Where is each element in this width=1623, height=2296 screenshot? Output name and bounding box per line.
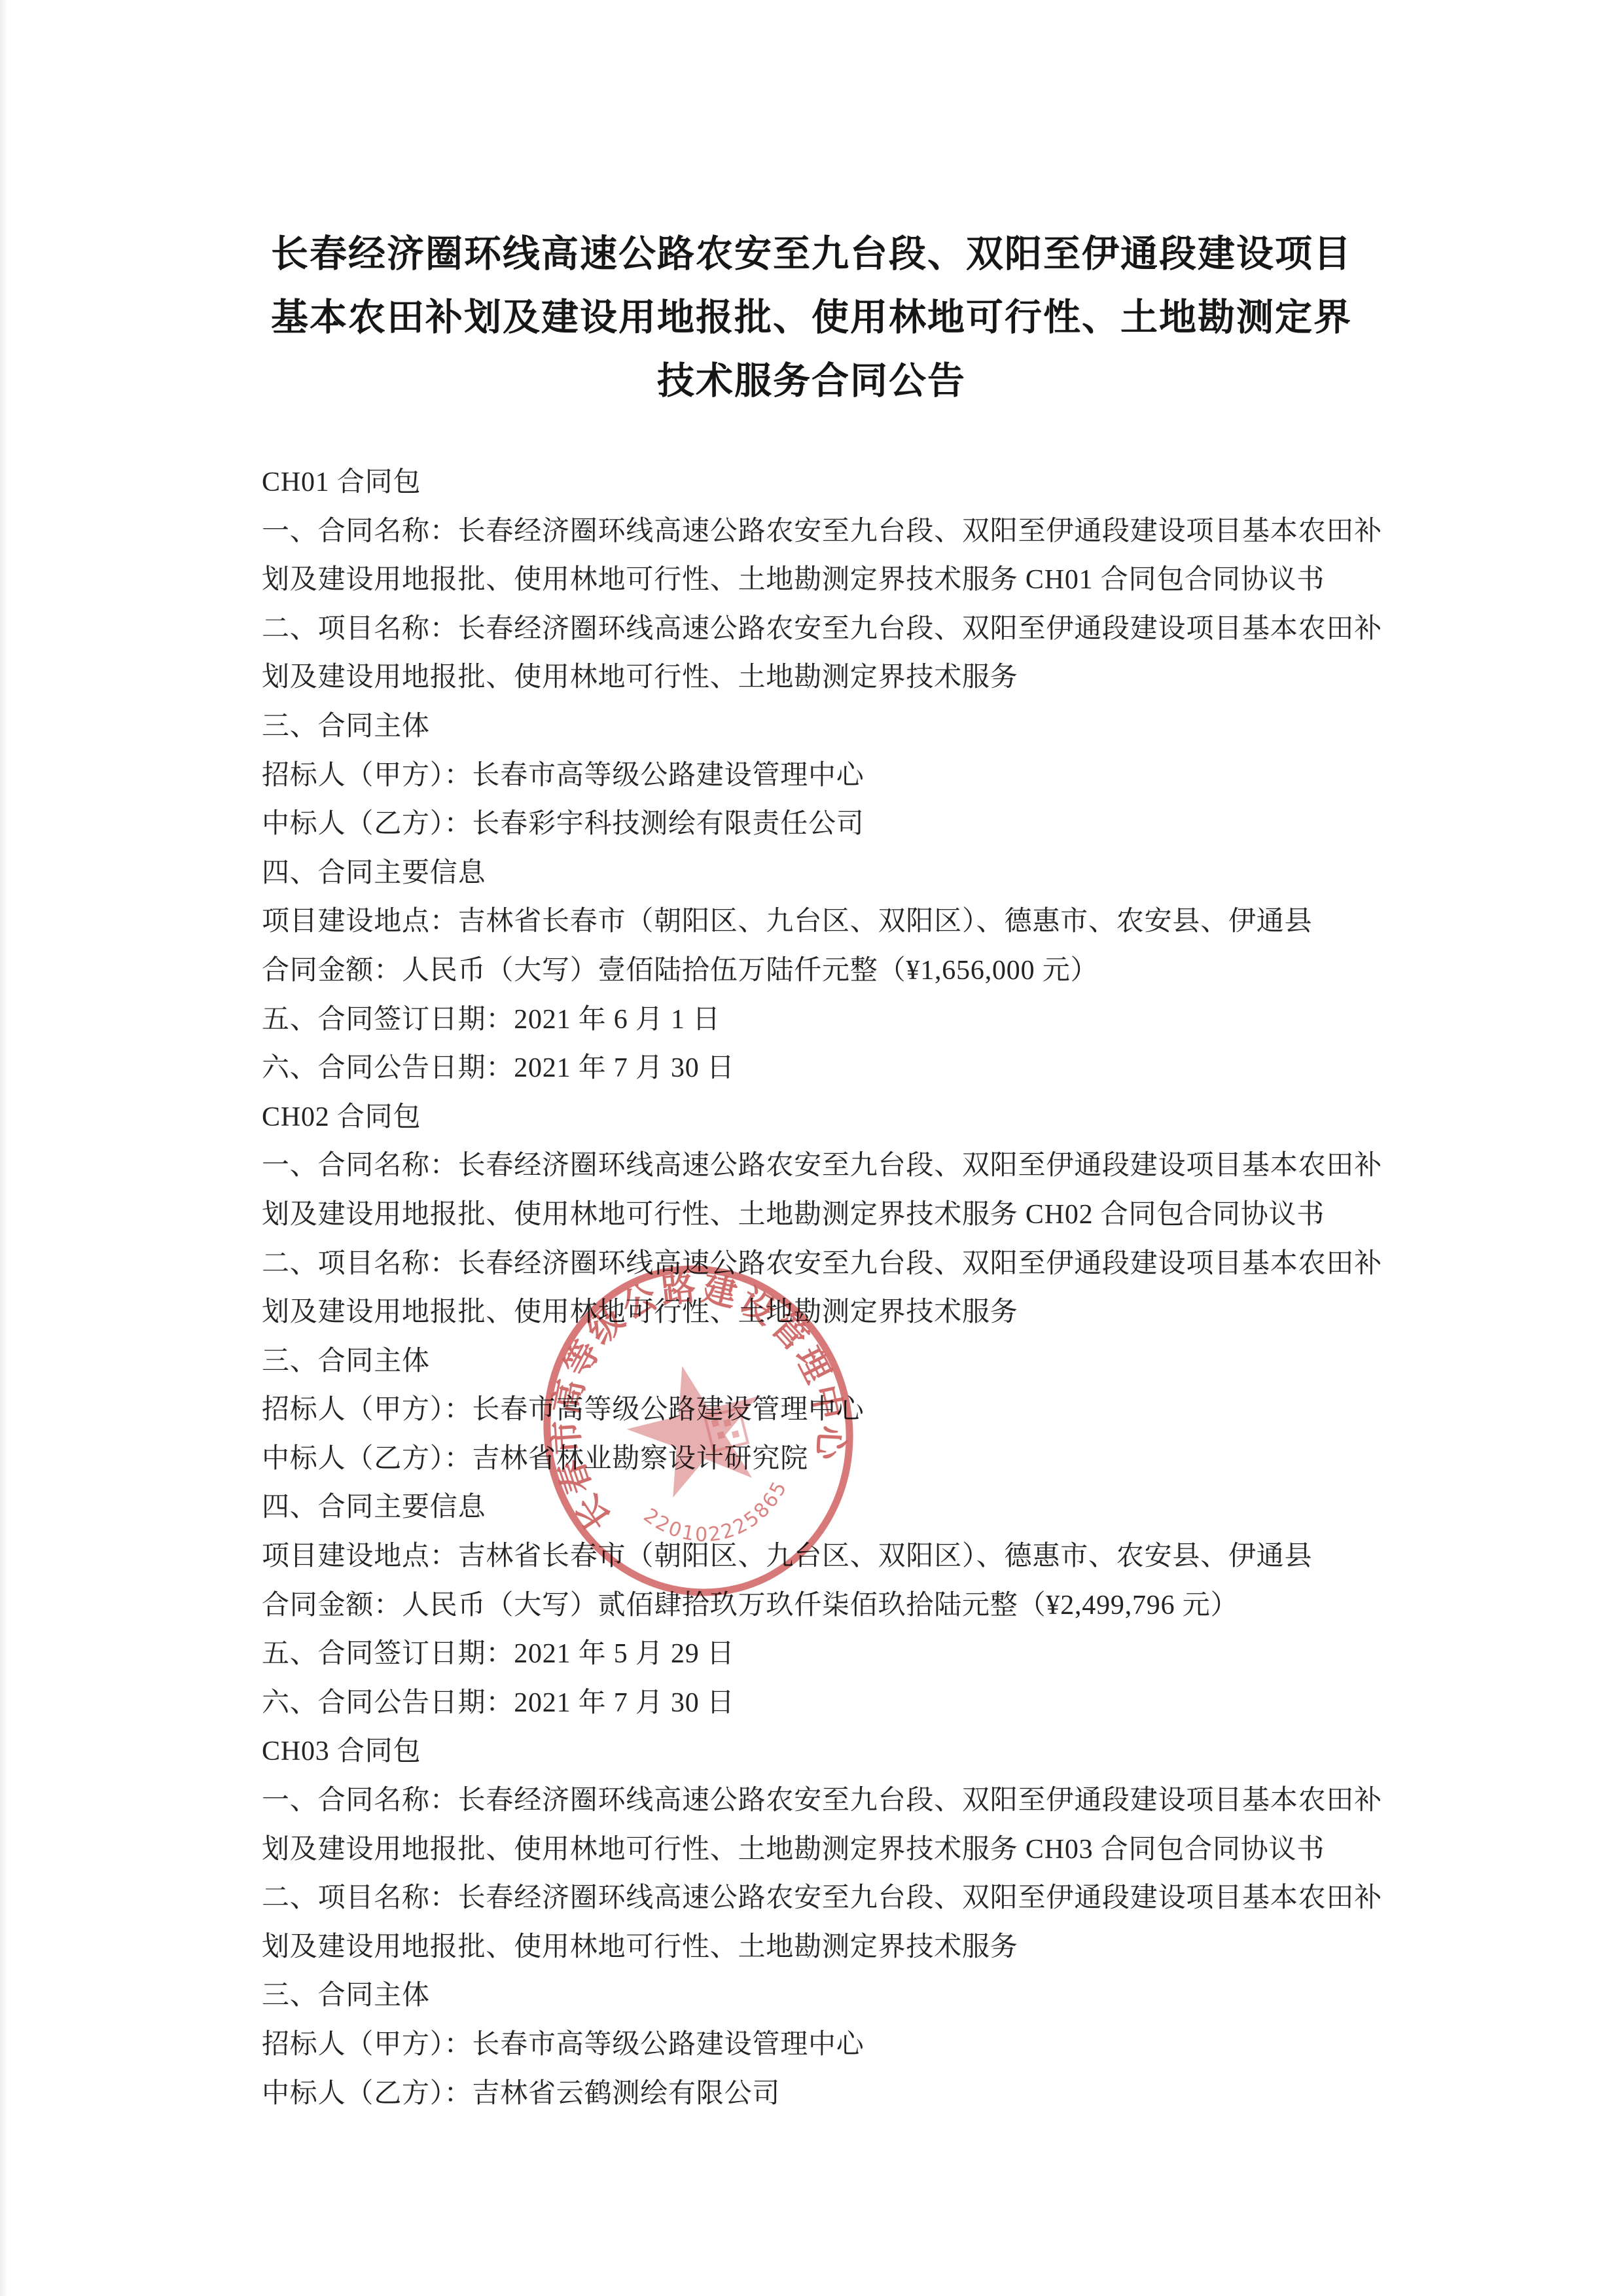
body-line: 划及建设用地报批、使用林地可行性、土地勘测定界技术服务 CH02 合同包合同协议… — [262, 1191, 1385, 1240]
body-line: CH02 合同包 — [262, 1093, 1385, 1142]
body-line: 中标人（乙方）：吉林省云鹤测绘有限公司 — [262, 2070, 1385, 2119]
body-line: 四、合同主要信息 — [262, 1483, 1385, 1532]
body-line: 划及建设用地报批、使用林地可行性、土地勘测定界技术服务 — [262, 1923, 1385, 1972]
body-line: 六、合同公告日期：2021 年 7 月 30 日 — [262, 1044, 1385, 1093]
body-line: 六、合同公告日期：2021 年 7 月 30 日 — [262, 1679, 1385, 1728]
body-line: 一、合同名称：长春经济圈环线高速公路农安至九台段、双阳至伊通段建设项目基本农田补 — [262, 507, 1385, 556]
document-title-line: 基本农田补划及建设用地报批、使用林地可行性、土地勘测定界 — [0, 286, 1623, 350]
body-line: 二、项目名称：长春经济圈环线高速公路农安至九台段、双阳至伊通段建设项目基本农田补 — [262, 1874, 1385, 1923]
body-line: 五、合同签订日期：2021 年 5 月 29 日 — [262, 1630, 1385, 1679]
body-line: 划及建设用地报批、使用林地可行性、土地勘测定界技术服务 — [262, 1288, 1385, 1337]
body-line: 划及建设用地报批、使用林地可行性、土地勘测定界技术服务 — [262, 653, 1385, 702]
body-line: 中标人（乙方）：吉林省林业勘察设计研究院 — [262, 1435, 1385, 1484]
body-line: 一、合同名称：长春经济圈环线高速公路农安至九台段、双阳至伊通段建设项目基本农田补 — [262, 1776, 1385, 1825]
document-title-line: 长春经济圈环线高速公路农安至九台段、双阳至伊通段建设项目 — [0, 223, 1623, 286]
body-line: 项目建设地点：吉林省长春市（朝阳区、九台区、双阳区）、德惠市、农安县、伊通县 — [262, 1532, 1385, 1581]
document-title: 长春经济圈环线高速公路农安至九台段、双阳至伊通段建设项目 基本农田补划及建设用地… — [0, 223, 1623, 413]
body-line: 五、合同签订日期：2021 年 6 月 1 日 — [262, 996, 1385, 1045]
body-line: 一、合同名称：长春经济圈环线高速公路农安至九台段、双阳至伊通段建设项目基本农田补 — [262, 1141, 1385, 1191]
body-line: 划及建设用地报批、使用林地可行性、土地勘测定界技术服务 CH03 合同包合同协议… — [262, 1825, 1385, 1874]
body-line: 划及建设用地报批、使用林地可行性、土地勘测定界技术服务 CH01 合同包合同协议… — [262, 556, 1385, 605]
body-line: 二、项目名称：长春经济圈环线高速公路农安至九台段、双阳至伊通段建设项目基本农田补 — [262, 605, 1385, 654]
body-line: 三、合同主体 — [262, 1337, 1385, 1386]
body-line: 合同金额：人民币（大写）壹佰陆拾伍万陆仟元整（¥1,656,000 元） — [262, 946, 1385, 996]
body-line: 二、项目名称：长春经济圈环线高速公路农安至九台段、双阳至伊通段建设项目基本农田补 — [262, 1240, 1385, 1289]
body-line: CH03 合同包 — [262, 1727, 1385, 1776]
body-line: 三、合同主体 — [262, 702, 1385, 751]
body-line: 项目建设地点：吉林省长春市（朝阳区、九台区、双阳区）、德惠市、农安县、伊通县 — [262, 897, 1385, 946]
body-line: 四、合同主要信息 — [262, 849, 1385, 898]
body-line: 合同金额：人民币（大写）贰佰肆拾玖万玖仟柒佰玖拾陆元整（¥2,499,796 元… — [262, 1581, 1385, 1630]
body-line: 招标人（甲方）：长春市高等级公路建设管理中心 — [262, 1386, 1385, 1435]
body-line: 招标人（甲方）：长春市高等级公路建设管理中心 — [262, 751, 1385, 800]
document-page: 长春经济圈环线高速公路农安至九台段、双阳至伊通段建设项目 基本农田补划及建设用地… — [0, 0, 1623, 2296]
body-line: CH01 合同包 — [262, 458, 1385, 507]
body-line: 三、合同主体 — [262, 1971, 1385, 2020]
document-body: CH01 合同包 一、合同名称：长春经济圈环线高速公路农安至九台段、双阳至伊通段… — [262, 458, 1385, 2118]
body-line: 中标人（乙方）：长春彩宇科技测绘有限责任公司 — [262, 800, 1385, 849]
document-title-line: 技术服务合同公告 — [0, 350, 1623, 413]
body-line: 招标人（甲方）：长春市高等级公路建设管理中心 — [262, 2020, 1385, 2070]
